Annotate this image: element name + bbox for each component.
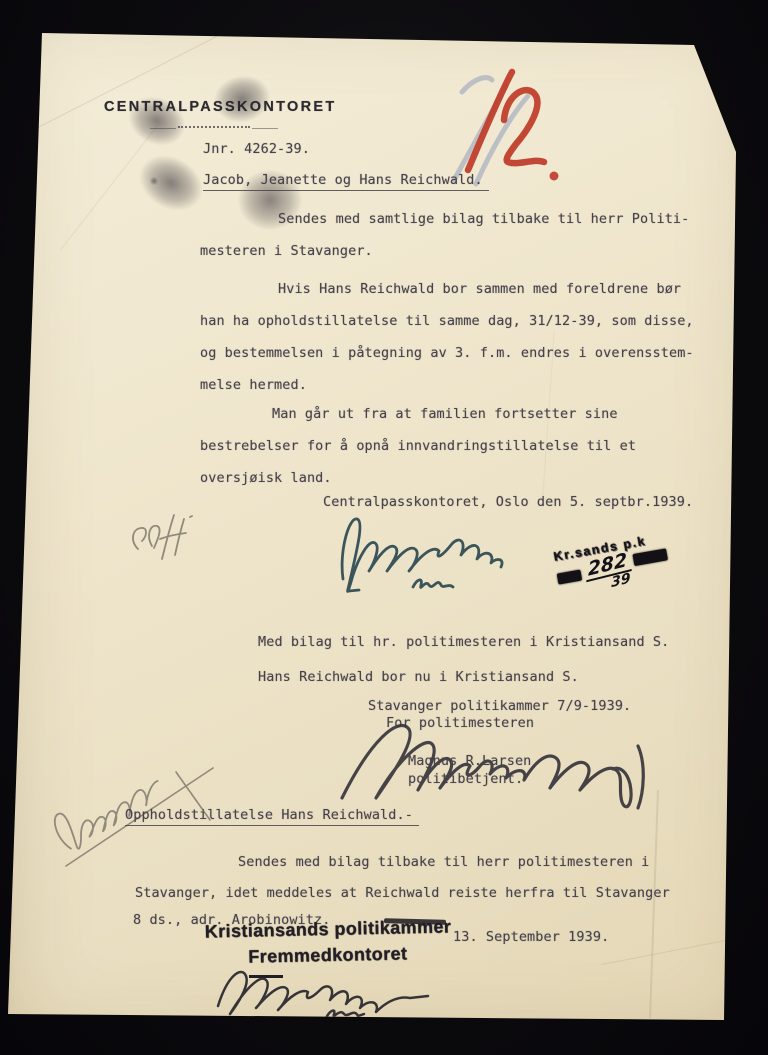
ink-signature-fremmedkontoret (208, 962, 443, 1024)
body-line: Man går ut fra at familien fortsetter si… (272, 406, 618, 422)
body-line: han ha opholdstillatelse til samme dag, … (200, 313, 694, 329)
body-line: melse hermed. (200, 377, 307, 393)
photograph-of-document: CENTRALPASSKONTORET Jnr. 4262-39. Jacob,… (0, 0, 768, 1055)
letterhead-office-stamp: CENTRALPASSKONTORET (104, 99, 336, 115)
pencil-initials-signature (122, 505, 197, 585)
ink-smudge (150, 177, 158, 185)
kristiansands-politikammer-stamp: Kristiansands politikammer Fremmedkontor… (205, 916, 452, 968)
paper-crease (601, 932, 766, 965)
krsands-journal-stamp: Kr.sands p.k 282 39 (553, 531, 672, 600)
heading-oppholdstillatelse: Oppholdstillatelse Hans Reichwald.- (125, 807, 419, 823)
body-line: Stavanger, idet meddeles at Reichwald re… (135, 885, 670, 901)
body-line: Hvis Hans Reichwald bor sammen med forel… (278, 281, 681, 297)
document-page: CENTRALPASSKONTORET Jnr. 4262-39. Jacob,… (0, 0, 768, 1055)
body-line: mesteren i Stavanger. (200, 243, 373, 259)
stamp-blob (557, 570, 583, 585)
stamp-blob (632, 548, 668, 566)
body-line: og bestemmelsen i påtegning av 3. f.m. e… (200, 345, 694, 361)
paper-crease (649, 790, 658, 1018)
ink-smudge (130, 145, 212, 221)
body-line: bestrebelser for å opnå innvandringstill… (200, 438, 636, 454)
dateline-stavanger: Stavanger politikammer 7/9-1939. (368, 698, 631, 714)
journal-number: Jnr. 4262-39. (203, 141, 310, 157)
subject-line: Jacob, Jeanette og Hans Reichwald. (203, 172, 489, 188)
signer-title: politibetjent. (408, 771, 523, 787)
subject-text: Jacob, Jeanette og Hans Reichwald. (203, 172, 489, 191)
body-line: oversjøisk land. (200, 470, 332, 486)
signer-name: Magnus R.Larsen (408, 753, 531, 769)
forward-line: Hans Reichwald bor nu i Kristiansand S. (258, 669, 579, 685)
body-line: Sendes med samtlige bilag tilbake til he… (278, 211, 689, 227)
forward-line: Med bilag til hr. politimesteren i Krist… (258, 634, 669, 650)
ink-signature-centralpasskontoret (325, 505, 560, 605)
body-line: Sendes med bilag tilbake til herr politi… (238, 854, 649, 870)
date-line: 13. September 1939. (453, 929, 609, 945)
letterhead-divider (178, 126, 250, 132)
heading-text: Oppholdstillatelse Hans Reichwald.- (125, 807, 419, 826)
